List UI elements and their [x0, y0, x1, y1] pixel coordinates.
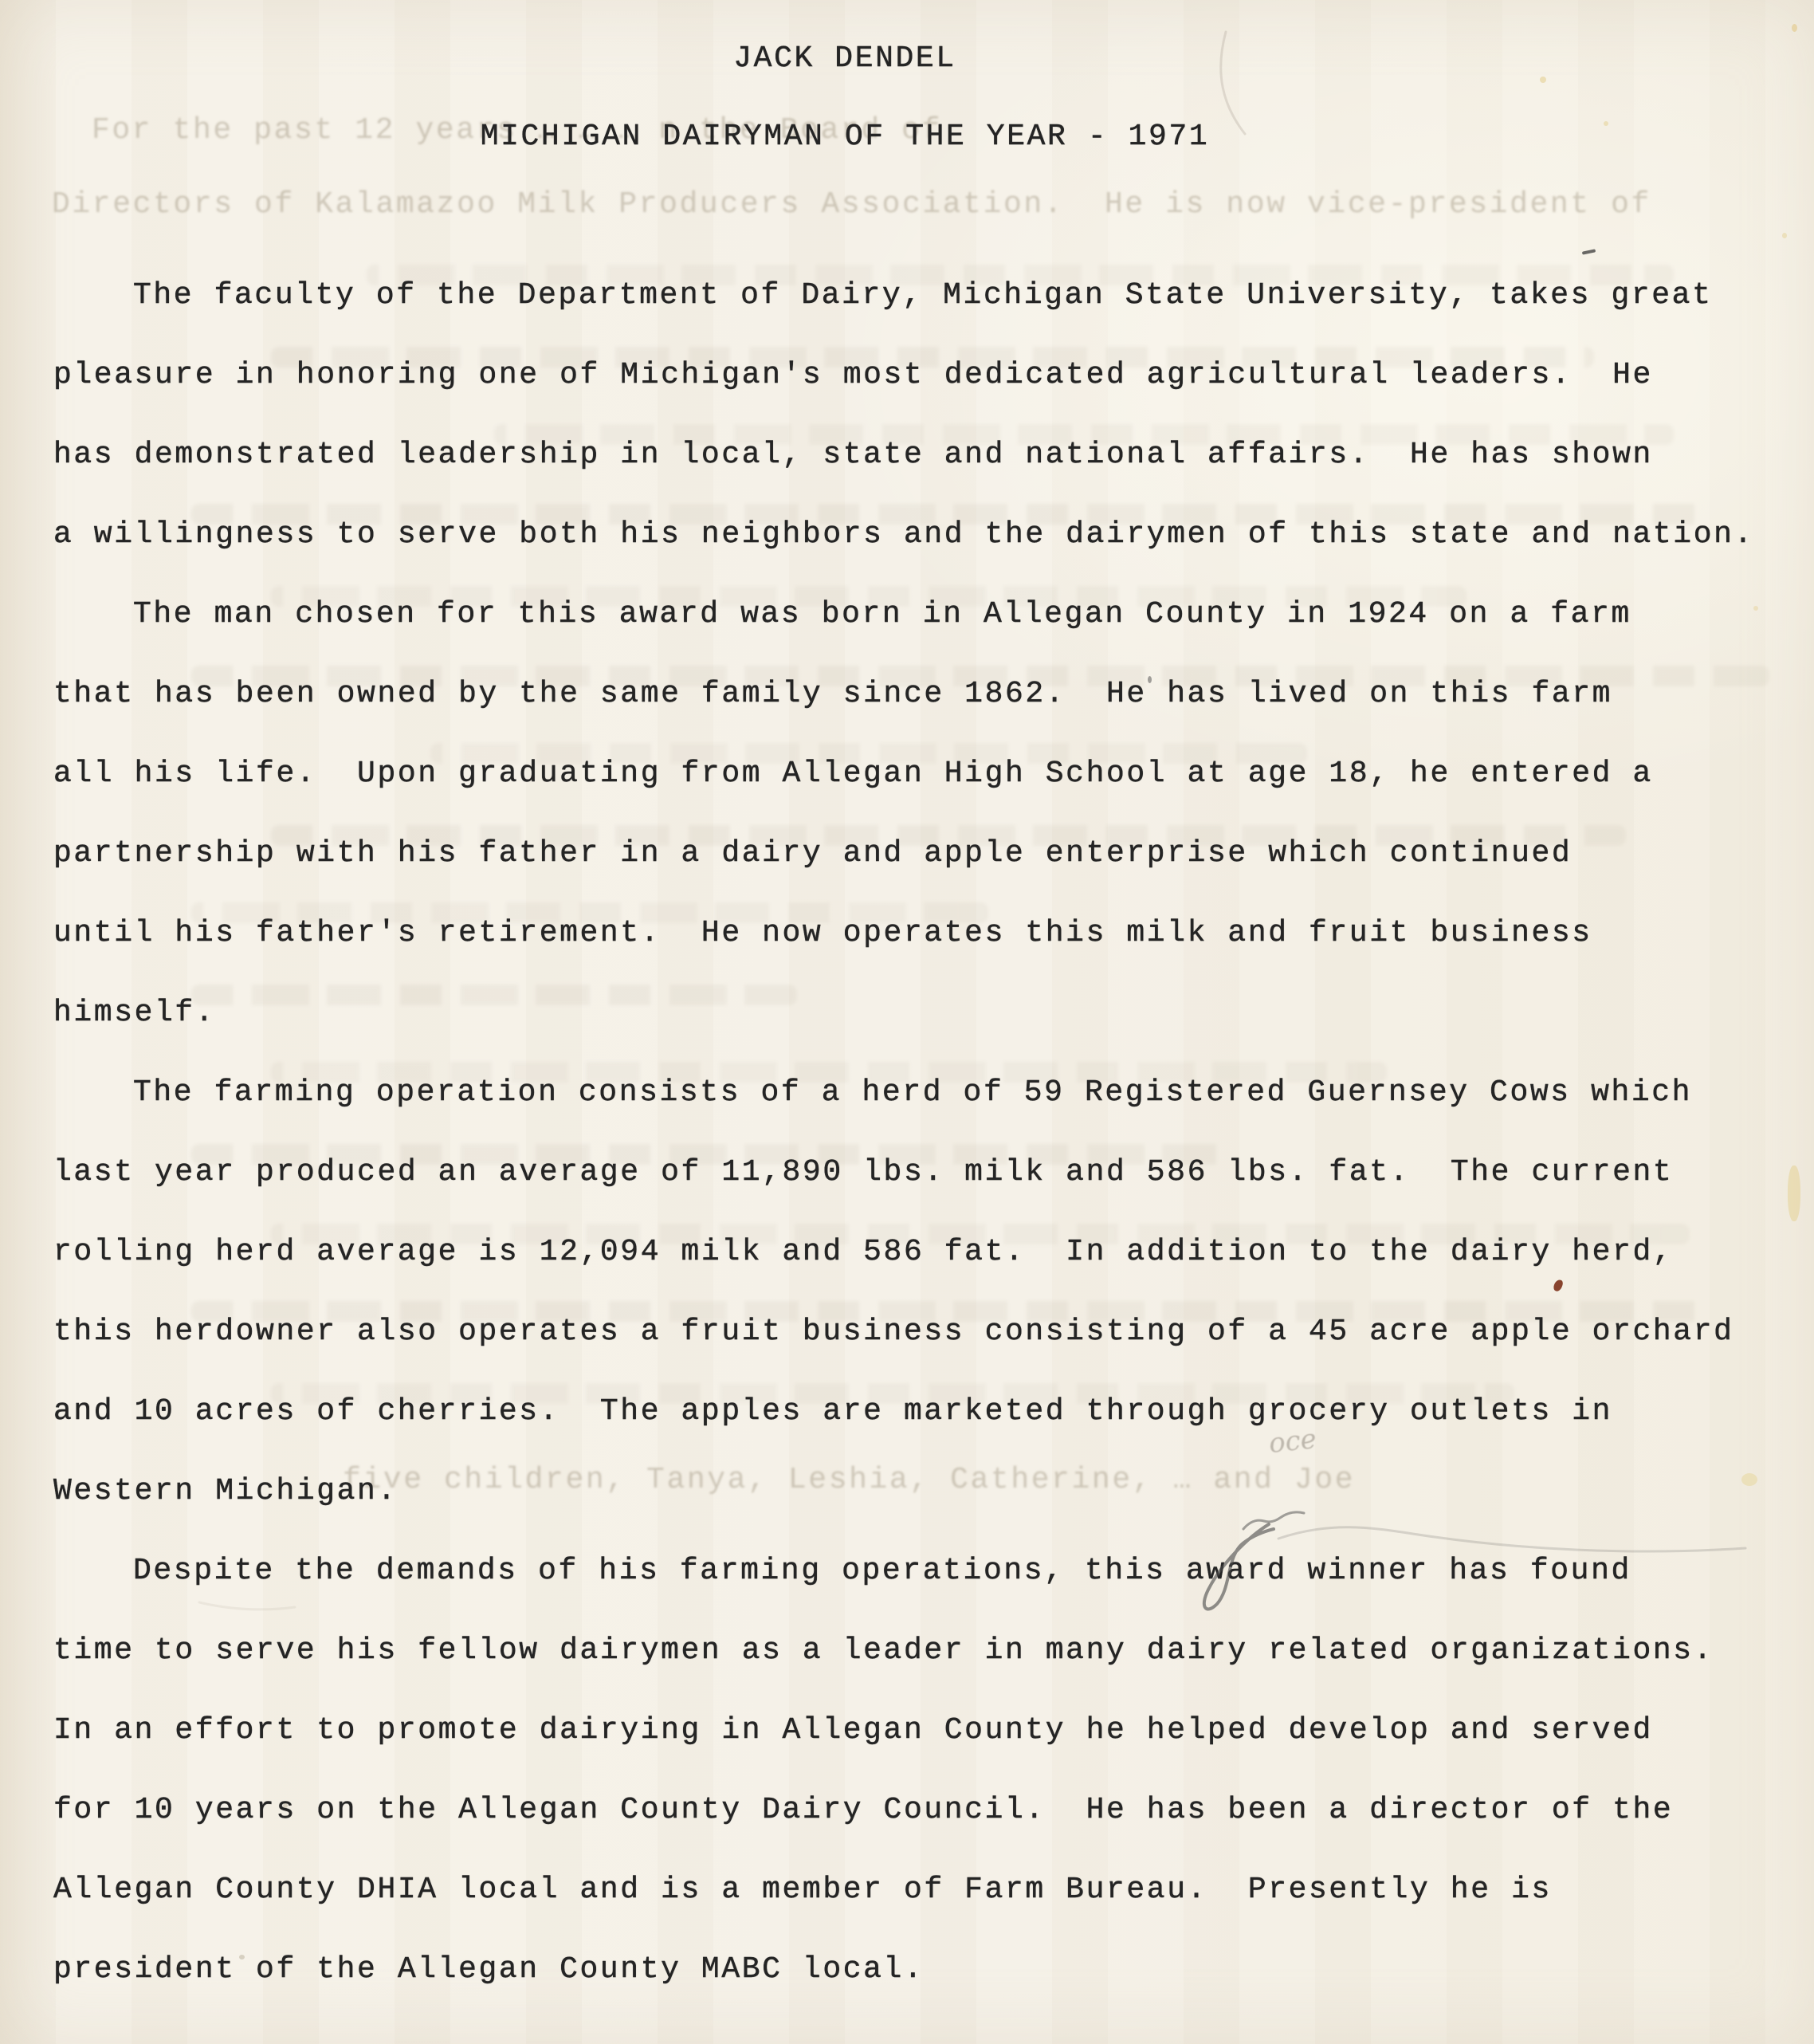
body-text: The faculty of the Department of Dairy, … — [53, 256, 1754, 2010]
typed-line: this herdowner also operates a fruit bus… — [53, 1292, 1754, 1372]
scan-speck — [239, 1955, 245, 1959]
scan-speck — [1540, 77, 1546, 83]
typed-line: partnership with his father in a dairy a… — [53, 814, 1754, 894]
scan-speck — [1782, 233, 1787, 238]
pencil-note: oce — [1267, 1423, 1317, 1460]
scan-speck — [1753, 606, 1758, 611]
scan-speck — [1582, 249, 1596, 254]
scan-speck — [1792, 24, 1797, 32]
typed-line: Western Michigan. — [53, 1452, 1754, 1531]
scan-speck — [1788, 1165, 1800, 1221]
typed-line: a willingness to serve both his neighbor… — [53, 495, 1754, 575]
typed-line: The faculty of the Department of Dairy, … — [53, 256, 1754, 336]
document-title-name: JACK DENDEL — [0, 19, 1690, 99]
typed-line: Despite the demands of his farming opera… — [53, 1531, 1754, 1611]
typed-line: for 10 years on the Allegan County Dairy… — [53, 1771, 1754, 1850]
typed-line: president of the Allegan County MABC loc… — [53, 1930, 1754, 2010]
typed-line: Allegan County DHIA local and is a membe… — [53, 1850, 1754, 1930]
document-title-award: MICHIGAN DAIRYMAN OF THE YEAR - 1971 — [0, 97, 1690, 177]
typed-line: last year produced an average of 11,890 … — [53, 1133, 1754, 1213]
typed-line: rolling herd average is 12,094 milk and … — [53, 1213, 1754, 1292]
typed-line: In an effort to promote dairying in Alle… — [53, 1691, 1754, 1771]
typed-line: all his life. Upon graduating from Alleg… — [53, 734, 1754, 814]
typed-line: himself. — [53, 973, 1754, 1053]
typed-line: has demonstrated leadership in local, st… — [53, 415, 1754, 495]
typed-line: The man chosen for this award was born i… — [53, 575, 1754, 654]
scan-speck — [1604, 121, 1608, 126]
bleed-through-text: Directors of Kalamazoo Milk Producers As… — [52, 165, 1651, 245]
scan-speck — [1741, 1473, 1757, 1486]
typed-line: time to serve his fellow dairymen as a l… — [53, 1611, 1754, 1691]
typed-line: until his father's retirement. He now op… — [53, 894, 1754, 973]
scanned-document-page: For the past 12 years … … … n the Board … — [0, 0, 1814, 2044]
typed-line: that has been owned by the same family s… — [53, 654, 1754, 734]
typed-line: pleasure in honoring one of Michigan's m… — [53, 336, 1754, 415]
scan-speck — [1148, 676, 1152, 683]
typed-line: The farming operation consists of a herd… — [53, 1053, 1754, 1133]
scan-speck — [283, 1803, 288, 1808]
typed-line: and 10 acres of cherries. The apples are… — [53, 1372, 1754, 1452]
